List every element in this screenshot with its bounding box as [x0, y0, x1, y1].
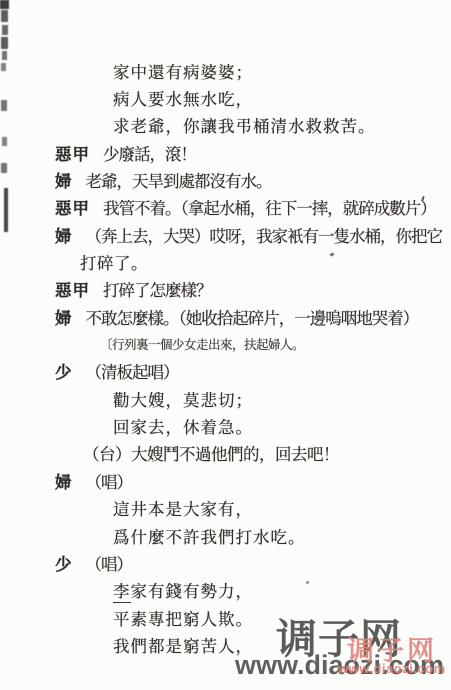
line-text: （清板起唱） [86, 359, 179, 383]
verse-line: 求老爺，你讓我弔桶清水救救苦。 [0, 112, 451, 139]
line-text: （奔上去，大哭）哎呀，我家衹有一隻水桶，你把它 [86, 223, 443, 247]
dialogue-line: 婦老爺，天旱到處都沒有水。 [0, 166, 451, 193]
line-text: 我們都是窮苦人， [113, 633, 253, 657]
line-text: 少廢話，滾！ [103, 141, 196, 165]
spoken-aside-line: （台）大嫂鬥不過他們的，回去吧！ [0, 440, 451, 467]
dialogue-line: 惡甲打碎了怎麼樣？ [0, 276, 451, 303]
speaker-label: 婦 [55, 223, 73, 247]
speaker-label: 惡甲 [55, 195, 90, 219]
dialogue-line: 婦（唱） [0, 467, 451, 494]
dialogue-line: 少（清板起唱） [0, 358, 451, 385]
line-text: （唱） [86, 551, 133, 575]
proper-name-underlined: 李 [113, 578, 131, 603]
line-text: 不敢怎麼樣。（她收拾起碎片，一邊嗚咽地哭着） [86, 305, 419, 329]
speaker-label: 婦 [55, 168, 73, 192]
line-text: 打碎了。 [80, 250, 148, 274]
line-text: 平素專把窮人欺。 [113, 606, 253, 630]
verse-line: 家中還有病婆婆； [0, 57, 451, 84]
script-text-block: 家中還有病婆婆； 病人要水無水吃， 求老爺，你讓我弔桶清水救救苦。 惡甲少廢話，… [0, 0, 451, 659]
dialogue-line: 惡甲我管不着。（拿起水桶，往下一摔，就碎成數片） [0, 194, 451, 221]
watermark-site-url-pink: www.diaozi.com [338, 661, 446, 676]
line-text: 這井本是大家有， [113, 496, 253, 520]
verse-line: 勸大嫂，莫悲切； [0, 385, 451, 412]
speaker-label: 惡甲 [55, 277, 90, 301]
line-text: 我管不着。（拿起水桶，往下一摔，就碎成數片） [103, 195, 436, 219]
scanned-page: 家中還有病婆婆； 病人要水無水吃， 求老爺，你讓我弔桶清水救救苦。 惡甲少廢話，… [0, 0, 451, 690]
dialogue-line: 惡甲少廢話，滾！ [0, 139, 451, 166]
line-text: 病人要水無水吃， [113, 86, 253, 110]
line-text: （台）大嫂鬥不過他們的，回去吧！ [83, 441, 339, 465]
speaker-label: 婦 [55, 305, 73, 329]
line-text: 求老爺，你讓我弔桶清水救救苦。 [113, 113, 376, 137]
line-text: 家中還有病婆婆； [113, 59, 253, 83]
speaker-label: 婦 [55, 469, 73, 493]
verse-line: 這井本是大家有， [0, 495, 451, 522]
verse-line: 病人要水無水吃， [0, 84, 451, 111]
speaker-label: 少 [55, 359, 73, 383]
dialogue-line: 婦不敢怎麼樣。（她收拾起碎片，一邊嗚咽地哭着） [0, 303, 451, 330]
line-text: 家有錢有勢力， [131, 578, 254, 602]
dialogue-line: 少（唱） [0, 549, 451, 576]
speaker-label: 少 [55, 551, 73, 575]
speaker-label: 惡甲 [55, 141, 90, 165]
line-text: 老爺，天旱到處都沒有水。 [86, 168, 272, 192]
verse-line: 回家去，休着急。 [0, 412, 451, 439]
line-text: 〔行列裏一個少女走出來，扶起婦人。 [100, 335, 304, 353]
line-text: 爲什麼不許我們打水吃。 [113, 524, 306, 548]
stage-direction: 〔行列裏一個少女走出來，扶起婦人。 [0, 330, 451, 357]
dialogue-line: 婦（奔上去，大哭）哎呀，我家衹有一隻水桶，你把它 [0, 221, 451, 248]
line-text: 勸大嫂，莫悲切； [113, 387, 253, 411]
verse-line: 李家有錢有勢力， [0, 577, 451, 604]
continuation-line: 打碎了。 [0, 248, 451, 275]
line-text: （唱） [86, 469, 133, 493]
line-text: 打碎了怎麼樣？ [103, 277, 212, 301]
verse-line: 爲什麼不許我們打水吃。 [0, 522, 451, 549]
line-text: 回家去，休着急。 [113, 414, 253, 438]
